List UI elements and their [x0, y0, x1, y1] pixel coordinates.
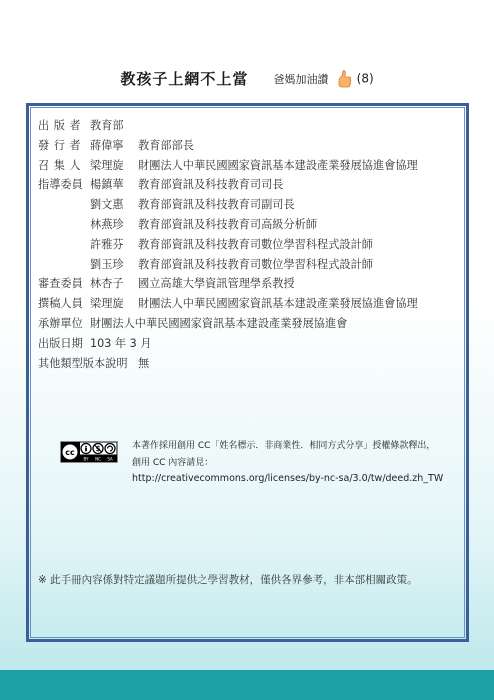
credit-row: 發行者 蔣偉寧 教育部部長 — [38, 136, 418, 156]
credit-name: 林燕珍 — [90, 215, 138, 235]
credit-role: 召集人 — [38, 156, 90, 176]
credit-row: 承辦單位 財團法人中華民國國家資訊基本建設產業發展協進會 — [38, 314, 418, 334]
credit-title: 教育部資訊及科技教育司副司長 — [138, 195, 295, 215]
credit-row: 出版日期 103 年 3 月 — [38, 334, 418, 354]
license-block: cc $ BY NC SA 本著作採用創用 CC「姓名標示．非商業性．相同方式分… — [60, 438, 443, 488]
colophon-box: 出版者 教育部 發行者 蔣偉寧 教育部部長 召集人 梁理旋 財團法人中華民國國家… — [26, 103, 469, 642]
cc-label-sa: SA — [107, 457, 113, 462]
credit-title: 教育部部長 — [138, 136, 194, 156]
credit-role — [38, 255, 90, 275]
credit-name: 許雅芬 — [90, 235, 138, 255]
episode-count: (8) — [357, 72, 374, 86]
credit-row: 劉玉珍 教育部資訊及科技教育司數位學習科程式設計師 — [38, 255, 418, 275]
license-text: 本著作採用創用 CC「姓名標示．非商業性．相同方式分享」授權條款釋出， 創用 C… — [132, 438, 443, 488]
credit-row: 審查委員 林杏子 國立高雄大學資訊管理學系教授 — [38, 274, 418, 294]
cc-label-by: BY — [84, 457, 90, 462]
credit-title: 財團法人中華民國國家資訊基本建設產業發展協進會協理 — [138, 156, 418, 176]
credit-name: 劉玉珍 — [90, 255, 138, 275]
credit-row: 召集人 梁理旋 財團法人中華民國國家資訊基本建設產業發展協進會協理 — [38, 156, 418, 176]
credit-role: 其他類型版本說明 — [38, 354, 138, 374]
credit-name: 財團法人中華民國國家資訊基本建設產業發展協進會 — [90, 314, 347, 334]
credit-row: 指導委員 楊鎮華 教育部資訊及科技教育司司長 — [38, 175, 418, 195]
cc-label-nc: NC — [95, 457, 101, 462]
credit-role: 撰稿人員 — [38, 294, 90, 314]
credit-name: 梁理旋 — [90, 294, 138, 314]
svg-text:cc: cc — [65, 448, 75, 457]
credit-row: 許雅芬 教育部資訊及科技教育司數位學習科程式設計師 — [38, 235, 418, 255]
credit-title: 教育部資訊及科技教育司高級分析師 — [138, 215, 317, 235]
credit-name: 楊鎮華 — [90, 175, 138, 195]
credit-row: 出版者 教育部 — [38, 116, 418, 136]
credit-row: 其他類型版本說明 無 — [38, 354, 418, 374]
license-line-1: 本著作採用創用 CC「姓名標示．非商業性．相同方式分享」授權條款釋出， — [132, 438, 443, 455]
credit-role — [38, 235, 90, 255]
thumbs-up-icon — [338, 70, 352, 88]
cc-by-nc-sa-icon: cc $ BY NC SA — [60, 441, 118, 463]
disclaimer-notice: ※ 此手冊內容係對特定議題所提供之學習教材，僅供各界參考，非本部相關政策。 — [38, 572, 418, 587]
credit-row: 劉文惠 教育部資訊及科技教育司副司長 — [38, 195, 418, 215]
header: 教孩子上網不上當 爸媽加油讚 (8) — [0, 68, 494, 89]
credit-row: 林燕珍 教育部資訊及科技教育司高級分析師 — [38, 215, 418, 235]
credit-role: 審查委員 — [38, 274, 90, 294]
credit-title: 教育部資訊及科技教育司司長 — [138, 175, 283, 195]
credit-role: 發行者 — [38, 136, 90, 156]
credit-row: 撰稿人員 梁理旋 財團法人中華民國國家資訊基本建設產業發展協進會協理 — [38, 294, 418, 314]
credit-title: 教育部資訊及科技教育司數位學習科程式設計師 — [138, 235, 373, 255]
page-subtitle: 爸媽加油讚 — [273, 73, 328, 86]
credit-name: 梁理旋 — [90, 156, 138, 176]
credit-role: 出版者 — [38, 116, 90, 136]
page-title: 教孩子上網不上當 — [120, 70, 248, 88]
credits-list: 出版者 教育部 發行者 蔣偉寧 教育部部長 召集人 梁理旋 財團法人中華民國國家… — [38, 116, 418, 373]
footer-band — [0, 670, 494, 700]
credit-name: 林杏子 — [90, 274, 138, 294]
credit-name: 教育部 — [90, 116, 138, 136]
credit-name: 蔣偉寧 — [90, 136, 138, 156]
license-url-link[interactable]: http://creativecommons.org/licenses/by-n… — [132, 471, 443, 488]
credit-name: 103 年 3 月 — [90, 334, 152, 354]
credit-role: 出版日期 — [38, 334, 90, 354]
credit-title: 教育部資訊及科技教育司數位學習科程式設計師 — [138, 255, 373, 275]
credit-name: 無 — [138, 354, 149, 374]
credit-role — [38, 215, 90, 235]
credit-name: 劉文惠 — [90, 195, 138, 215]
license-line-2: 創用 CC 內容請見： — [132, 455, 443, 472]
credit-role: 指導委員 — [38, 175, 90, 195]
credit-role: 承辦單位 — [38, 314, 90, 334]
credit-title: 國立高雄大學資訊管理學系教授 — [138, 274, 295, 294]
credit-title: 財團法人中華民國國家資訊基本建設產業發展協進會協理 — [138, 294, 418, 314]
credit-role — [38, 195, 90, 215]
